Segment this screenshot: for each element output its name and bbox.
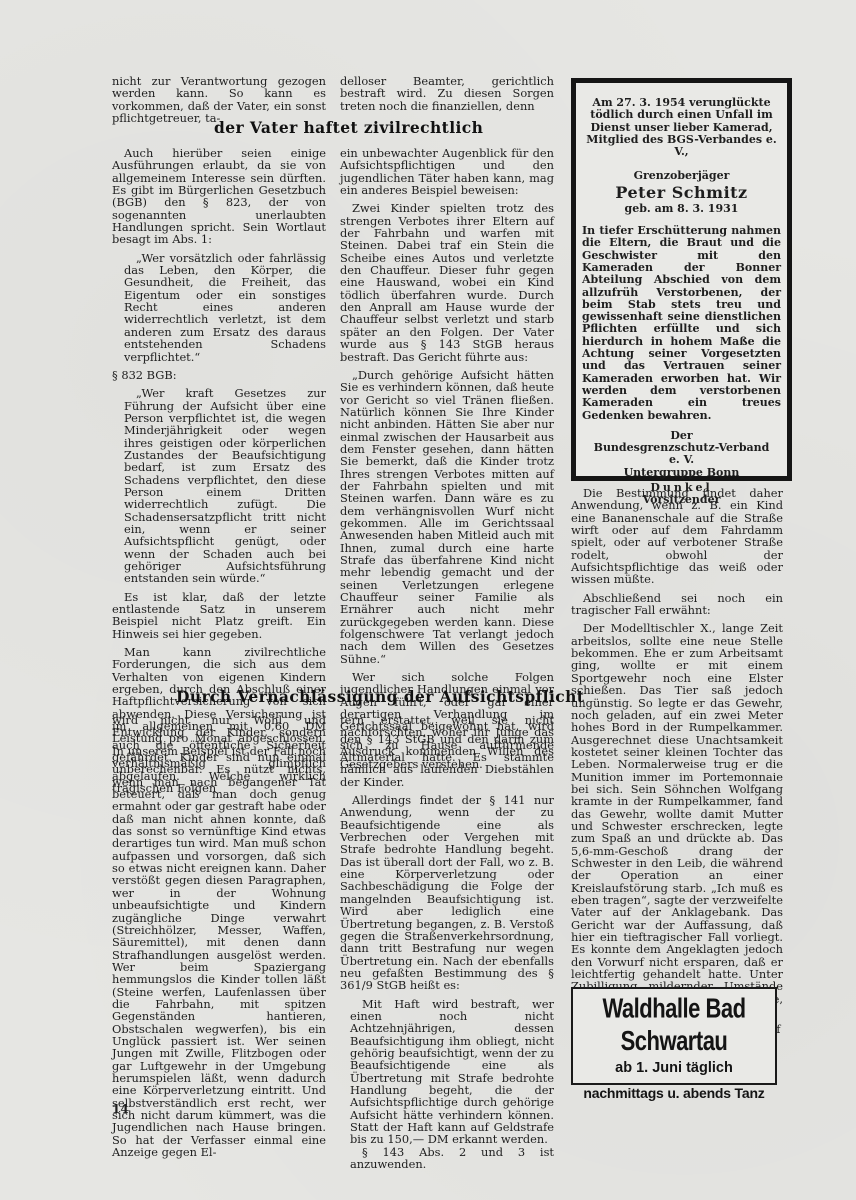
ad-date: ab 1. Juni täglich <box>573 1060 775 1076</box>
paragraph: Die Bestimmung findet daher Anwendung, w… <box>571 487 783 586</box>
paragraph: wird nicht nur Wohl und Entwicklung der … <box>112 714 326 1158</box>
paragraph: § 143 Abs. 2 und 3 ist anzuwenden. <box>340 1146 554 1171</box>
paragraph: „Wer vorsätzlich oder fahrlässig das Leb… <box>112 252 326 363</box>
paragraph: Zwei Kinder spielten trotz des strengen … <box>340 202 554 362</box>
magazine-page: nicht zur Verantwortung gezogen werden k… <box>0 0 856 1200</box>
page-number: 14 <box>112 1102 129 1116</box>
obituary-body: In tiefer Erschütterung nahmen die Elter… <box>582 225 781 422</box>
obituary-notice: Am 27. 3. 1954 verunglückte tödlich durc… <box>571 78 792 481</box>
obituary-intro: Am 27. 3. 1954 verunglückte tödlich durc… <box>582 97 781 158</box>
column3-article: Die Bestimmung findet daher Anwendung, w… <box>571 487 783 1036</box>
top-continuation-col1: nicht zur Verantwortung gezogen werden k… <box>112 75 326 124</box>
ad-event: nachmittags u. abends Tanz <box>573 1085 775 1101</box>
paragraph: ein unbewachter Augenblick für den Aufsi… <box>340 147 554 196</box>
top-continuation-col2: delloser Beamter, gerichtlich bestraft w… <box>340 75 554 112</box>
headline-vernachlaessigung: Durch Vernachlässigung der Aufsichtspfli… <box>176 687 584 706</box>
paragraph: Mit Haft wird bestraft, wer einen noch n… <box>340 998 554 1146</box>
paragraph: delloser Beamter, gerichtlich bestraft w… <box>340 75 554 112</box>
paragraph: nicht zur Verantwortung gezogen werden k… <box>112 75 326 124</box>
section2-column1: wird nicht nur Wohl und Entwicklung der … <box>112 714 326 1158</box>
obituary-signature-group: Untergruppe Bonn <box>582 467 781 479</box>
advertisement-waldhalle: Waldhalle Bad Schwartau ab 1. Juni tägli… <box>571 987 777 1085</box>
ad-venue: Waldhalle Bad Schwartau <box>573 993 775 1058</box>
paragraph: Es ist klar, daß der letzte entlastende … <box>112 591 326 640</box>
paragraph: „Durch gehörige Aufsicht hätten Sie es v… <box>340 369 554 665</box>
paragraph: tern erstattet, weil sie nicht nachforsc… <box>340 714 554 788</box>
obituary-signature-ev: e. V. <box>582 454 781 466</box>
paragraph: Abschließend sei noch ein tragischer Fal… <box>571 592 783 617</box>
section1-column2: ein unbewachter Augenblick für den Aufsi… <box>340 147 554 770</box>
obituary-name: Peter Schmitz <box>582 183 781 203</box>
obituary-birthdate: geb. am 8. 3. 1931 <box>582 203 781 215</box>
obituary-rank: Grenzoberjäger <box>582 170 781 182</box>
paragraph: § 832 BGB: <box>112 369 326 381</box>
paragraph: Auch hierüber seien einige Ausführungen … <box>112 147 326 246</box>
paragraph: „Wer kraft Gesetzes zur Führung der Aufs… <box>112 387 326 585</box>
paragraph: Der Modelltischler X., lange Zeit arbeit… <box>571 622 783 1017</box>
section2-column2: tern erstattet, weil sie nicht nachforsc… <box>340 714 554 1170</box>
paragraph: Allerdings findet der § 141 nur Anwendun… <box>340 794 554 992</box>
headline-vater-haftet: der Vater haftet zivilrechtlich <box>214 118 483 137</box>
